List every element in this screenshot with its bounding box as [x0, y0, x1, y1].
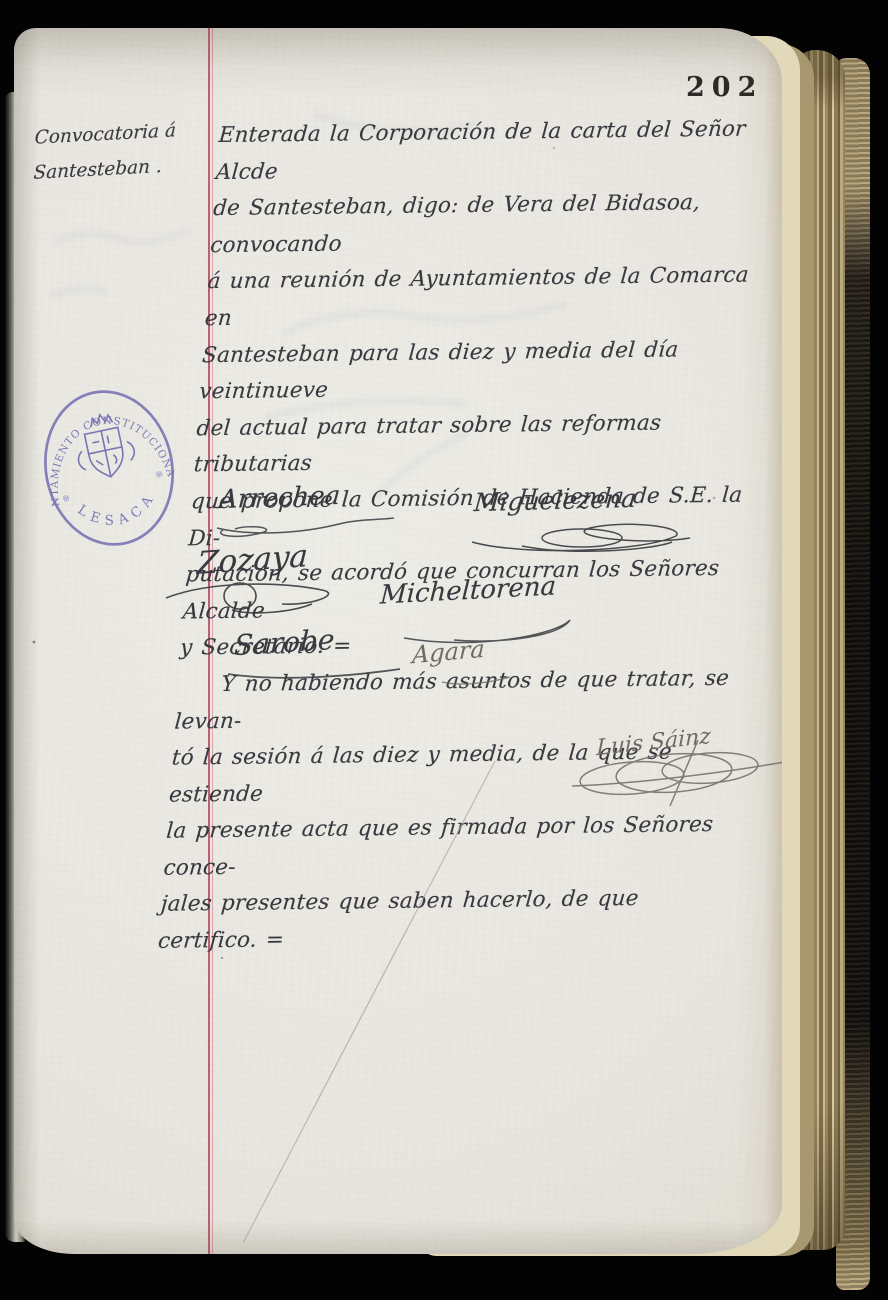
signature-miguelezena: Miguelezena — [473, 484, 637, 517]
signature-sarobe: Sarobe — [233, 623, 335, 662]
minutes-text: Enterada la Corporación de la carta del … — [157, 111, 782, 960]
stamp-ornament-icon: ❊ — [155, 470, 165, 481]
text-line: de Santesteban, digo: de Vera del Bidaso… — [209, 184, 776, 264]
page-number: 202 — [686, 72, 763, 103]
stamp-ornament-icon: ❊ — [62, 494, 72, 505]
text-line: la presente acta que es firmada por los … — [162, 807, 729, 887]
photo-background: 202 Convocatoria á Santesteban . Enterad… — [0, 0, 888, 1300]
text-line: jales presentes que saben hacerlo, de qu… — [157, 880, 724, 960]
text-line: á una reunión de Ayuntamientos de la Com… — [203, 258, 770, 338]
text-line: Enterada la Corporación de la carta del … — [214, 111, 781, 191]
text-line: del actual para tratar sobre las reforma… — [192, 404, 759, 484]
municipal-stamp: AYUNTAMIENTO CONSTITUCIONAL DE LESACA ❊ … — [24, 371, 194, 564]
margin-note: Convocatoria á Santesteban . — [33, 111, 215, 191]
signature-arrechea: Arrechea — [218, 481, 341, 515]
text-line: Santesteban para las diez y media del dí… — [198, 331, 765, 411]
document-page: 202 Convocatoria á Santesteban . Enterad… — [14, 28, 782, 1254]
